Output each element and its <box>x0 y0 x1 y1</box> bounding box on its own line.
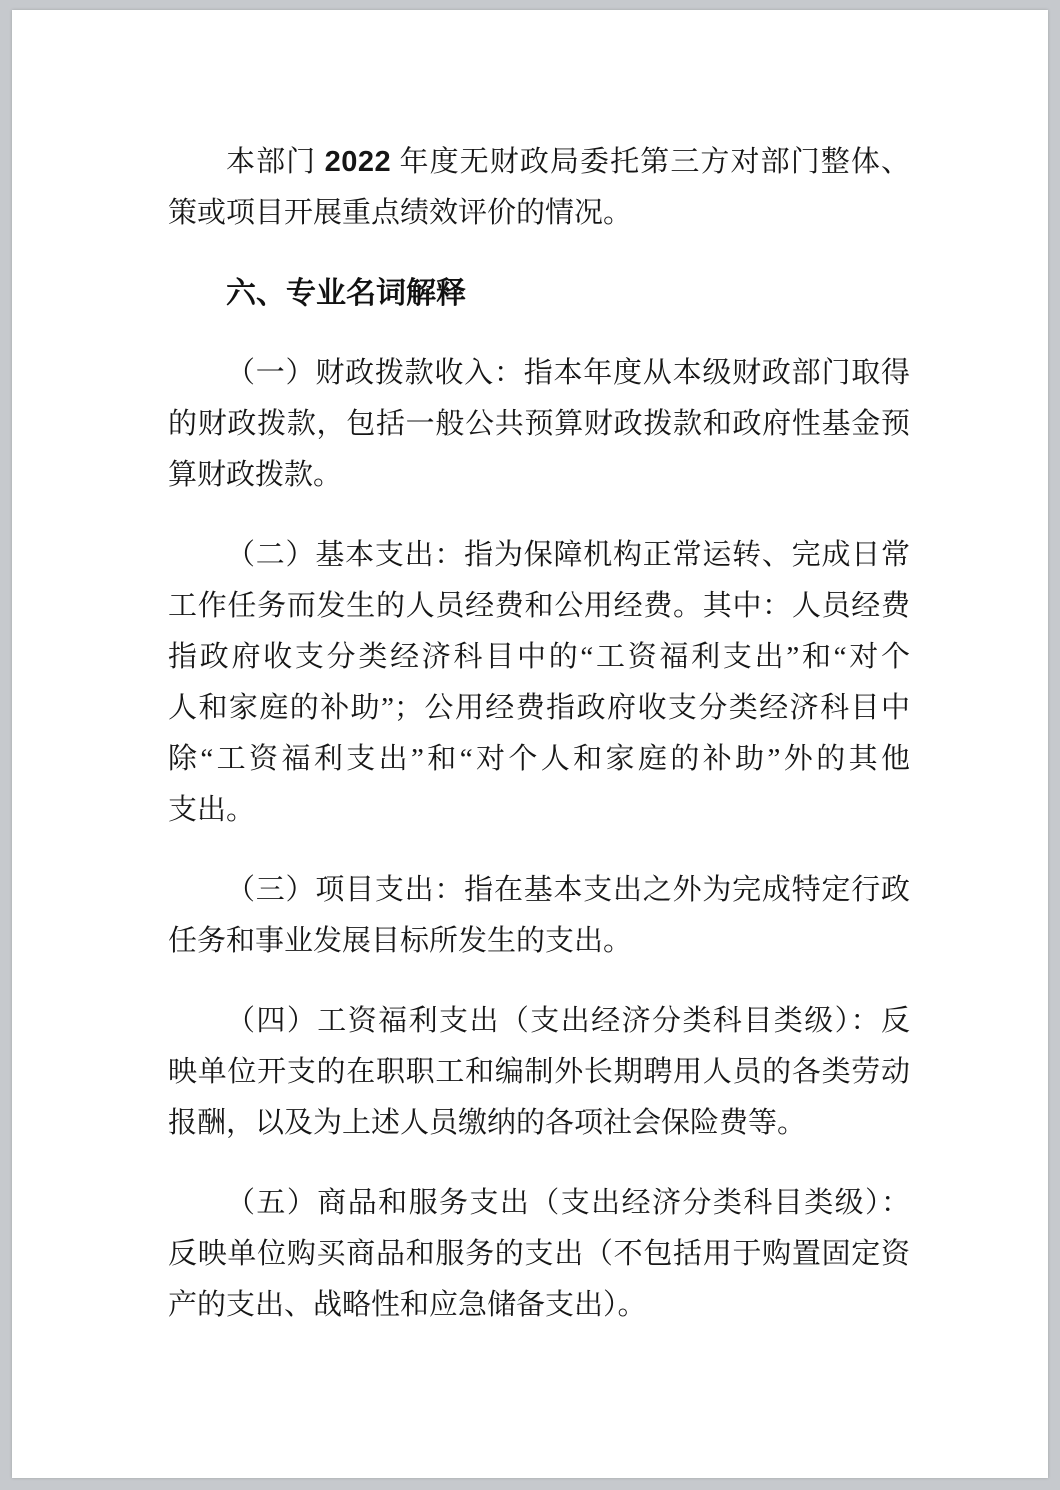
text-line: 工作任务而发生的人员经费和公用经费。其中：人员经费 <box>168 581 910 632</box>
paragraph: （五）商品和服务支出（支出经济分类科目类级）：反映单位购买商品和服务的支出（不包… <box>168 1178 910 1331</box>
text-line: （五）商品和服务支出（支出经济分类科目类级）： <box>168 1178 910 1229</box>
year-number: 2022 <box>325 146 392 178</box>
text-line: 指政府收支分类经济科目中的“工资福利支出”和“对个 <box>168 632 910 683</box>
paragraph: （四）工资福利支出（支出经济分类科目类级）：反映单位开支的在职职工和编制外长期聘… <box>168 996 910 1149</box>
text-line: （三）项目支出：指在基本支出之外为完成特定行政 <box>168 865 910 916</box>
text-line: （四）工资福利支出（支出经济分类科目类级）：反 <box>168 996 910 1047</box>
text-line: 的财政拨款，包括一般公共预算财政拨款和政府性基金预 <box>168 399 910 450</box>
document-content: 本部门 2022 年度无财政局委托第三方对部门整体、政策或项目开展重点绩效评价的… <box>12 10 1048 1478</box>
text-line: 产的支出、战略性和应急储备支出）。 <box>168 1280 910 1331</box>
text-line: （二）基本支出：指为保障机构正常运转、完成日常 <box>168 530 910 581</box>
paragraph: （二）基本支出：指为保障机构正常运转、完成日常工作任务而发生的人员经费和公用经费… <box>168 530 910 836</box>
paragraph: （一）财政拨款收入：指本年度从本级财政部门取得的财政拨款，包括一般公共预算财政拨… <box>168 348 910 501</box>
text-line: 策或项目开展重点绩效评价的情况。 <box>168 188 910 239</box>
text-line: 映单位开支的在职职工和编制外长期聘用人员的各类劳动 <box>168 1047 910 1098</box>
text-line: 除“工资福利支出”和“对个人和家庭的补助”外的其他 <box>168 734 910 785</box>
paragraph: 本部门 2022 年度无财政局委托第三方对部门整体、政策或项目开展重点绩效评价的… <box>168 137 910 239</box>
document-page: 本部门 2022 年度无财政局委托第三方对部门整体、政策或项目开展重点绩效评价的… <box>12 10 1048 1478</box>
text-line: 六、专业名词解释 <box>168 268 910 319</box>
text-line: 支出。 <box>168 785 910 836</box>
text-line: 反映单位购买商品和服务的支出（不包括用于购置固定资 <box>168 1229 910 1280</box>
page-canvas: 本部门 2022 年度无财政局委托第三方对部门整体、政策或项目开展重点绩效评价的… <box>0 0 1060 1490</box>
text-line: （一）财政拨款收入：指本年度从本级财政部门取得 <box>168 348 910 399</box>
text-line: 本部门 2022 年度无财政局委托第三方对部门整体、政 <box>168 137 910 188</box>
paragraph: （三）项目支出：指在基本支出之外为完成特定行政任务和事业发展目标所发生的支出。 <box>168 865 910 967</box>
text-line: 报酬，以及为上述人员缴纳的各项社会保险费等。 <box>168 1098 910 1149</box>
text-line: 人和家庭的补助”；公用经费指政府收支分类经济科目中 <box>168 683 910 734</box>
text-line: 任务和事业发展目标所发生的支出。 <box>168 916 910 967</box>
text-line: 算财政拨款。 <box>168 450 910 501</box>
section-heading: 六、专业名词解释 <box>168 268 910 319</box>
